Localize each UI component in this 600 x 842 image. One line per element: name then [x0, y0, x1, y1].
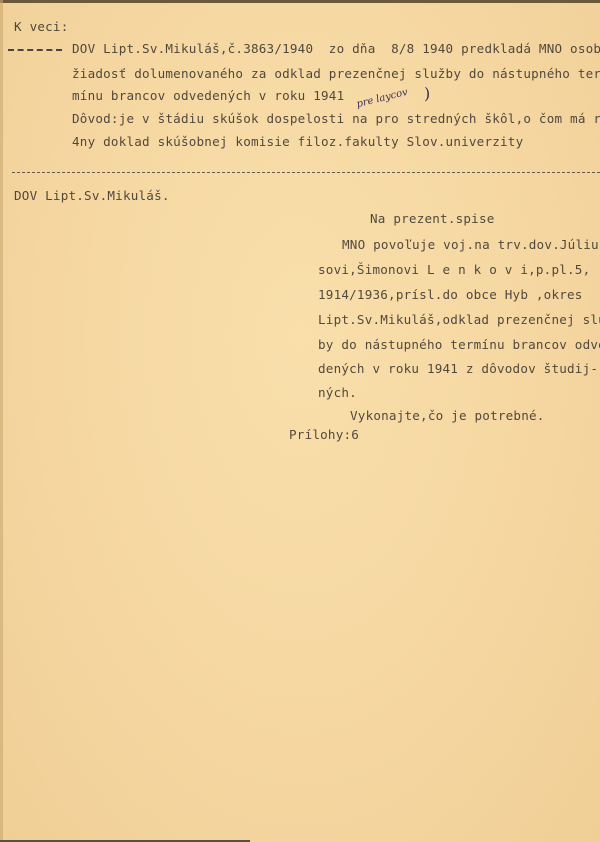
- body-line-7: dených v roku 1941 z dôvodov študij-: [318, 362, 598, 376]
- page-top-edge: [0, 0, 600, 3]
- handwritten-paren: ): [424, 84, 430, 103]
- subject-label: K veci:: [14, 20, 68, 34]
- body-line-6: by do nástupného termínu brancov odve-: [318, 338, 600, 352]
- attachments: Prílohy:6: [289, 428, 359, 442]
- body-line-4: 1914/1936,prísl.do obce Hyb ,okres: [318, 288, 583, 302]
- subject-line-3: mínu brancov odvedených v roku 1941: [72, 89, 344, 103]
- body-closing: Vykonajte,čo je potrebné.: [350, 409, 545, 423]
- subject-line-1: DOV Lipt.Sv.Mikuláš,č.3863/1940 zo dňa 8…: [72, 42, 600, 56]
- subject-line-4: Dôvod:je v štádiu skúšok dospelosti na p…: [72, 112, 600, 126]
- subject-line-2: žiadosť dolumenovaného za odklad prezenč…: [72, 67, 600, 81]
- body-line-8: ných.: [318, 386, 357, 400]
- body-line-5: Lipt.Sv.Mikuláš,odklad prezenčnej služ: [318, 313, 600, 327]
- addressee: DOV Lipt.Sv.Mikuláš.: [14, 189, 170, 203]
- subject-line-5: 4ny doklad skúšobnej komisie filoz.fakul…: [72, 135, 523, 149]
- body-line-2: MNO povoľuje voj.na trv.dov.Júliu-: [342, 238, 600, 252]
- handwritten-note: pre laycov: [355, 87, 408, 110]
- body-line-1: Na prezent.spise: [370, 212, 495, 226]
- page-left-edge: [0, 0, 3, 842]
- subject-leader-dash: [8, 49, 62, 51]
- body-line-3: sovi,Šimonovi L e n k o v i,p.pl.5,: [318, 263, 590, 277]
- separator-dashed-line: [12, 172, 600, 173]
- document-page: K veci: DOV Lipt.Sv.Mikuláš,č.3863/1940 …: [0, 0, 600, 842]
